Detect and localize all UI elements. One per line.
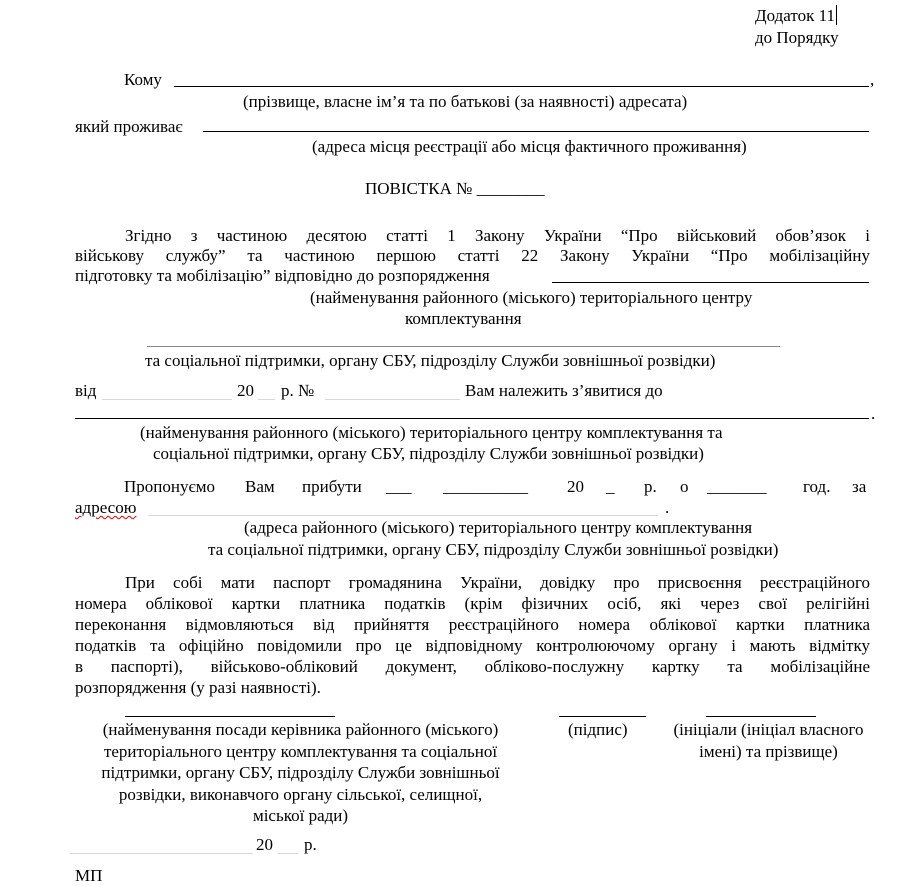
- year-suffix: р. №: [281, 381, 314, 401]
- sign-date-field-line[interactable]: [70, 853, 253, 854]
- from-label: від: [75, 381, 96, 401]
- signature-caption: (підпис): [568, 719, 628, 741]
- position-caption: (найменування посади керівника районного…: [68, 719, 533, 827]
- order-caption-line3: та соціальної підтримки, органу СБУ, під…: [145, 351, 715, 371]
- appear-period: .: [871, 404, 875, 424]
- position-field-line[interactable]: [125, 716, 335, 717]
- para2-line5: в паспорті), військово-обліковий докумен…: [75, 657, 870, 677]
- order-field-line[interactable]: [552, 282, 869, 283]
- arrive-year-suffix: р.: [644, 477, 657, 497]
- arrive-month-field[interactable]: __________: [443, 477, 528, 497]
- sign-date-year-prefix: 20: [256, 835, 273, 855]
- arrive-word-propose: Пропонуємо: [124, 477, 215, 497]
- appear-caption-line2: соціальної підтримки, органу СБУ, підроз…: [153, 444, 704, 464]
- address-period: .: [665, 498, 669, 518]
- appear-caption-line1: (найменування районного (міського) терит…: [140, 423, 723, 443]
- order-number-field-line[interactable]: [325, 399, 460, 400]
- para2-line6: розпорядження (у разі наявності).: [75, 678, 321, 698]
- stamp-label: МП: [75, 866, 102, 886]
- arrive-word-at: за: [852, 477, 866, 497]
- lives-label: який проживає: [75, 117, 183, 137]
- arrive-hour-suffix: год.: [803, 477, 830, 497]
- lives-caption: (адреса місця реєстрації або місця факти…: [312, 137, 747, 157]
- sign-date-year-suffix: р.: [304, 835, 317, 855]
- year-field-line[interactable]: [258, 399, 275, 400]
- order-caption-line1: (найменування районного (міського) терит…: [310, 288, 752, 308]
- initials-field-line[interactable]: [706, 716, 816, 717]
- address-caption-line2: та соціальної підтримки, органу СБУ, під…: [208, 540, 778, 560]
- text-cursor: [836, 5, 838, 25]
- summons-number-field[interactable]: ________: [477, 179, 545, 198]
- appear-place-field-line[interactable]: [75, 418, 869, 419]
- year-prefix: 20: [237, 381, 254, 401]
- para1-line3: підготовку та мобілізацію” відповідно до…: [75, 266, 490, 286]
- arrive-day-field[interactable]: ___: [386, 477, 412, 497]
- appendix-label: Додаток 11: [755, 5, 837, 26]
- order-field-line2[interactable]: [147, 346, 780, 347]
- arrive-word-you: Вам: [245, 477, 275, 497]
- para2-line1: При собі мати паспорт громадянина Україн…: [75, 573, 870, 593]
- para1-line2: військову службу” та частиною першою ста…: [75, 246, 870, 266]
- appendix-order-label: до Порядку: [755, 28, 839, 48]
- arrive-word-arrive: прибути: [302, 477, 362, 497]
- arrive-at-word: о: [680, 477, 689, 497]
- arrive-hour-field[interactable]: _______: [707, 477, 767, 497]
- must-appear-text: Вам належить з’явитися до: [465, 381, 663, 401]
- address-label: адресою: [75, 498, 136, 518]
- address-field-line[interactable]: [148, 515, 658, 516]
- signature-field-line[interactable]: [559, 716, 646, 717]
- date-field-line[interactable]: [102, 399, 232, 400]
- lives-field-line[interactable]: [203, 131, 869, 132]
- order-caption-line2: комплектування: [405, 309, 522, 329]
- para2-line2: номера облікової картки платника податкі…: [75, 594, 870, 614]
- arrive-year-prefix: 20: [567, 477, 584, 497]
- to-caption: (прізвище, власне ім’я та по батькові (з…: [243, 92, 687, 112]
- address-caption-line1: (адреса районного (міського) територіаль…: [244, 518, 752, 538]
- para2-line4: податків та офіційно повідомили про це в…: [75, 636, 870, 656]
- to-field-line[interactable]: [174, 86, 869, 87]
- para1-line1: Згідно з частиною десятою статті 1 Закон…: [75, 226, 870, 246]
- summons-title: ПОВІСТКА № ________: [365, 179, 545, 199]
- sign-date-year-field-line[interactable]: [278, 853, 298, 854]
- para2-line3: переконання відмовляються від прийняття …: [75, 615, 870, 635]
- to-comma: ,: [870, 70, 874, 90]
- to-label: Кому: [124, 70, 162, 90]
- arrive-year-field[interactable]: _: [606, 477, 615, 497]
- initials-caption: (ініціали (ініціал власного імені) та пр…: [666, 719, 871, 762]
